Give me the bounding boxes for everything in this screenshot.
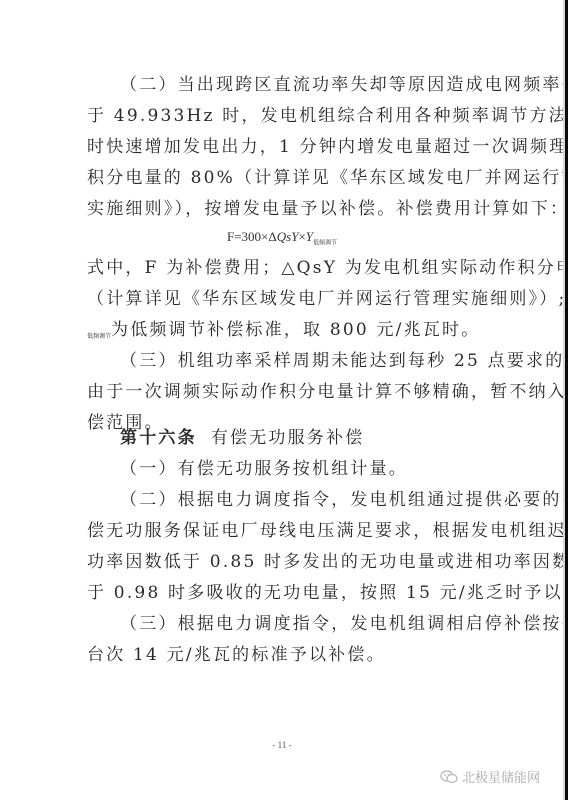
inline-subscript: 低频调节 <box>87 333 111 340</box>
formula-y: Y <box>306 229 313 244</box>
paragraph-line: （三）根据电力调度指令，发电机组调相启停补偿按每 <box>120 613 512 635</box>
article-title: 有偿无功服务补偿 <box>211 428 365 448</box>
paragraph-line-with-subscript: 低频调节为低频调节补偿标准，取 800 元/兆瓦时。 <box>87 319 479 348</box>
paragraph-line: （一）有偿无功服务按机组计量。 <box>120 458 512 480</box>
formula-times: × <box>298 229 305 244</box>
paragraph-line: 时快速增加发电出力，1 分钟内增发电量超过一次调频理论 <box>87 136 479 158</box>
paragraph-line: 于 0.98 时多吸收的无功电量，按照 15 元/兆乏时予以补偿。 <box>87 582 479 604</box>
formula-prefix: F=300× <box>227 229 268 244</box>
article-number: 第十六条 <box>120 428 197 448</box>
paragraph-line: 于 49.933Hz 时，发电机组综合利用各种频率调节方法，短 <box>87 105 479 127</box>
page-number: - 11 - <box>0 740 564 750</box>
paragraph-line: 功率因数低于 0.85 时多发出的无功电量或进相功率因数低 <box>87 551 479 573</box>
paragraph-line: （计算详见《华东区域发电厂并网运行管理实施细则》）;Y <box>87 288 479 310</box>
watermark: 北极星储能网 <box>440 767 540 786</box>
paragraph-line: 实施细则》），按增发电量予以补偿。补偿费用计算如下： <box>87 198 479 220</box>
article-heading: 第十六条有偿无功服务补偿 <box>120 427 512 449</box>
inline-text: 为低频调节补偿标准，取 800 元/兆瓦时。 <box>111 320 480 340</box>
paragraph-line: 由于一次调频实际动作积分电量计算不够精确，暂不纳入补 <box>87 381 479 403</box>
formula-subscript: 低频调节 <box>313 241 337 247</box>
paragraph-line: （二）根据电力调度指令，发电机组通过提供必要的有 <box>120 489 512 511</box>
formula-variable: QsY <box>277 229 299 244</box>
paragraph-line: 式中，F 为补偿费用；△QsY 为发电机组实际动作积分电量 <box>87 257 479 279</box>
wechat-icon <box>440 770 458 784</box>
paragraph-line: 偿无功服务保证电厂母线电压满足要求，根据发电机组迟相 <box>87 520 479 542</box>
compensation-formula: F=300×ΔQsY×Y低频调节 <box>0 229 564 252</box>
formula-delta: Δ <box>268 229 276 244</box>
paragraph-line: （三）机组功率采样周期未能达到每秒 25 点要求的， <box>120 350 512 372</box>
paragraph-line: 积分电量的 80%（计算详见《华东区域发电厂并网运行管理 <box>87 167 479 189</box>
paragraph-line: （二）当出现跨区直流功率失却等原因造成电网频率低 <box>120 74 479 96</box>
watermark-text: 北极星储能网 <box>462 767 540 786</box>
document-page: （二）当出现跨区直流功率失却等原因造成电网频率低 于 49.933Hz 时，发电… <box>0 0 564 800</box>
paragraph-line: 台次 14 元/兆瓦的标准予以补偿。 <box>87 644 479 666</box>
